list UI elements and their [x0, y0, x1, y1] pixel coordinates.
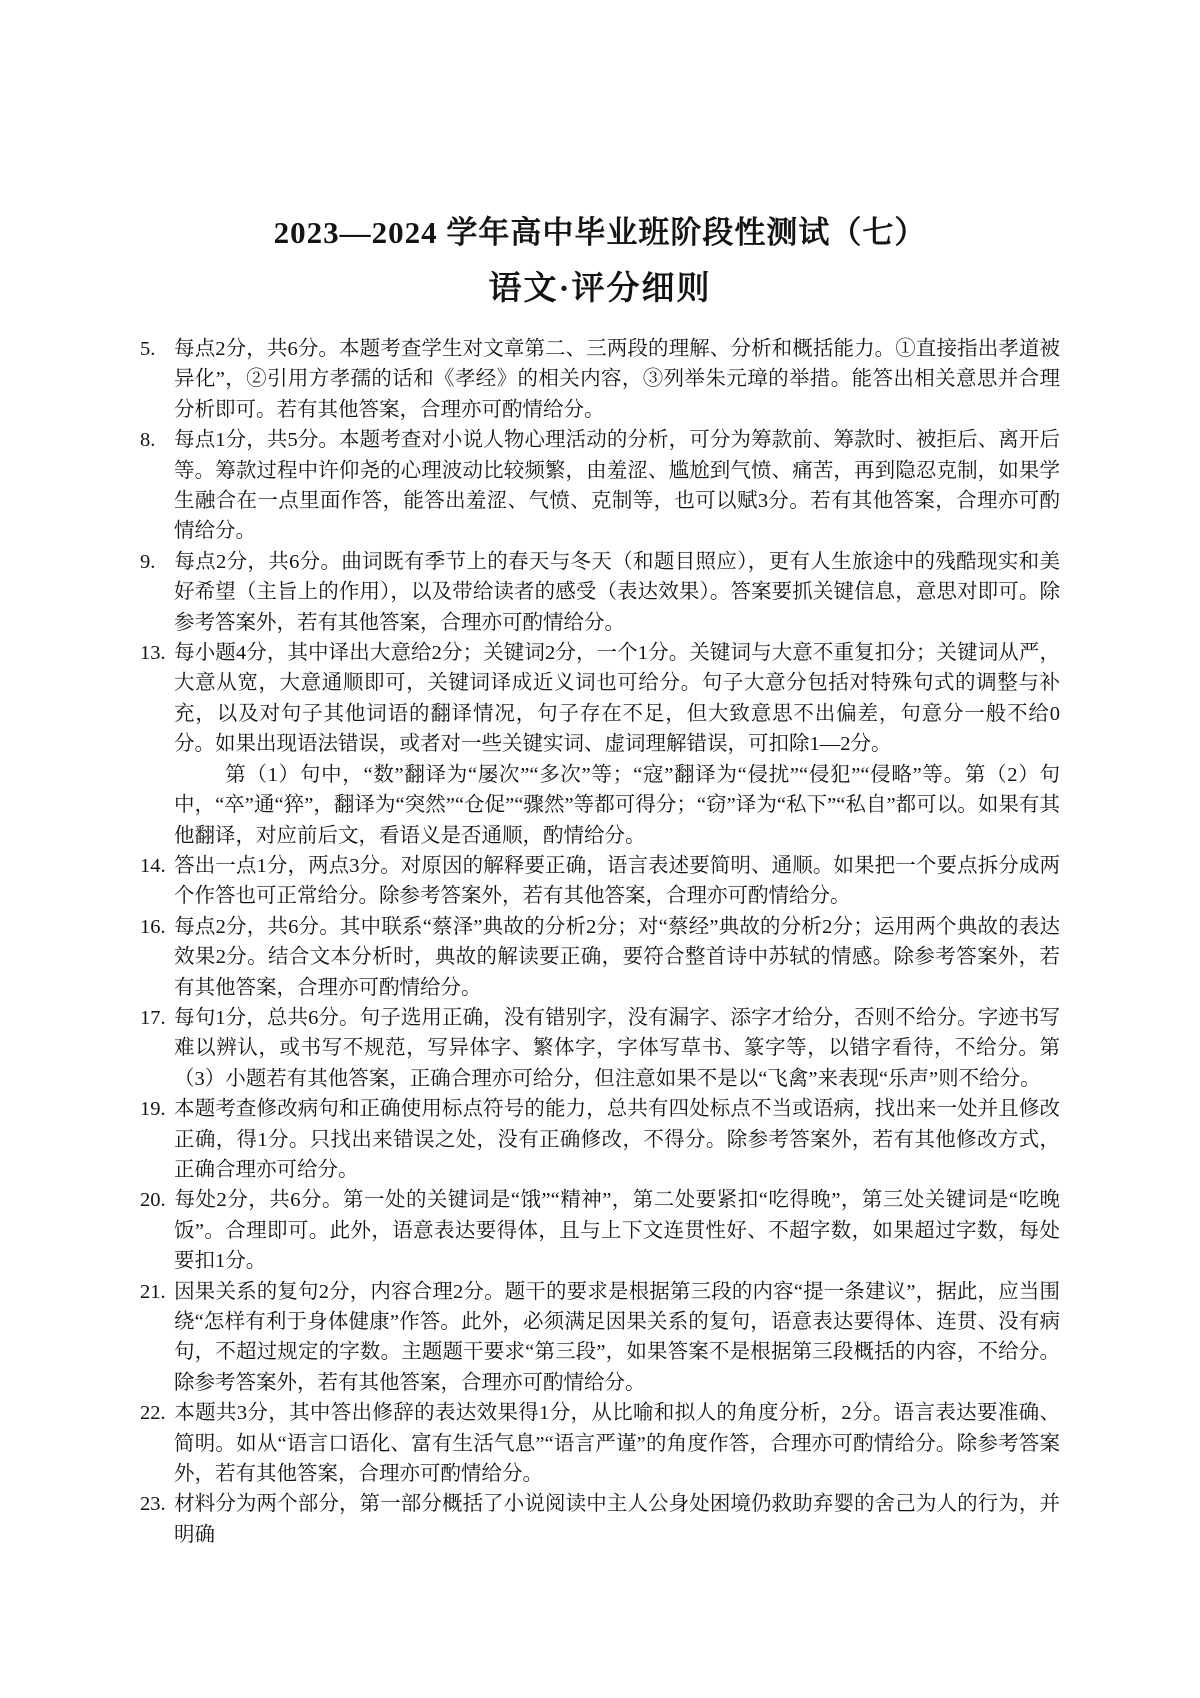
item-text: 每点2分，共6分。本题考查学生对文章第二、三两段的理解、分析和概括能力。①直接指… [174, 338, 1060, 421]
rubric-item-9: 9.每点2分，共6分。曲词既有季节上的春天与冬天（和题目照应），更有人生旅途中的… [140, 547, 1060, 638]
rubric-item-21: 21.因果关系的复句2分，内容合理2分。题干的要求是根据第三段的内容“提一条建议… [140, 1277, 1060, 1399]
rubric-item-14: 14.答出一点1分，两点3分。对原因的解释要正确，语言表述要简明、通顺。如果把一… [140, 851, 1060, 912]
rubric-item-13-note: 第（1）句中，“数”翻译为“屡次”“多次”等；“寇”翻译为“侵扰”“侵犯”“侵略… [140, 760, 1060, 851]
item-number: 14. [140, 851, 174, 881]
item-number: 21. [140, 1277, 174, 1307]
rubric-item-16: 16.每点2分，共6分。其中联系“蔡泽”典故的分析2分；对“蔡经”典故的分析2分… [140, 912, 1060, 1003]
document-page: 2023—2024 学年高中毕业班阶段性测试（七） 语文·评分细则 5.每点2分… [0, 0, 1200, 1698]
item-number: 19. [140, 1094, 174, 1124]
item-number: 16. [140, 912, 174, 942]
rubric-item-13: 13.每小题4分，其中译出大意给2分；关键词2分，一个1分。关键词与大意不重复扣… [140, 638, 1060, 760]
rubric-item-17: 17.每句1分，总共6分。句子选用正确，没有错别字，没有漏字、添字才给分，否则不… [140, 1003, 1060, 1094]
item-number: 23. [140, 1489, 174, 1519]
rubric-item-5: 5.每点2分，共6分。本题考查学生对文章第二、三两段的理解、分析和概括能力。①直… [140, 334, 1060, 425]
rubric-item-20: 20.每处2分，共6分。第一处的关键词是“饿”“精神”，第二处要紧扣“吃得晚”，… [140, 1185, 1060, 1276]
item-number: 5. [140, 334, 174, 364]
item-number: 13. [140, 638, 174, 668]
rubric-items: 5.每点2分，共6分。本题考查学生对文章第二、三两段的理解、分析和概括能力。①直… [140, 334, 1060, 1550]
item-text: 答出一点1分，两点3分。对原因的解释要正确，语言表述要简明、通顺。如果把一个要点… [174, 855, 1060, 907]
item-text: 每小题4分，其中译出大意给2分；关键词2分，一个1分。关键词与大意不重复扣分；关… [174, 642, 1060, 755]
item-number: 9. [140, 547, 174, 577]
rubric-item-23: 23.材料分为两个部分，第一部分概括了小说阅读中主人公身处困境仍救助弃婴的舍己为… [140, 1489, 1060, 1550]
item-number: 20. [140, 1185, 174, 1215]
item-text: 本题共3分，其中答出修辞的表达效果得1分，从比喻和拟人的角度分析，2分。语言表达… [174, 1402, 1060, 1485]
item-text: 每点1分，共5分。本题考查对小说人物心理活动的分析，可分为筹款前、筹款时、被拒后… [174, 429, 1060, 542]
rubric-item-22: 22.本题共3分，其中答出修辞的表达效果得1分，从比喻和拟人的角度分析，2分。语… [140, 1398, 1060, 1489]
item-text: 每点2分，共6分。曲词既有季节上的春天与冬天（和题目照应），更有人生旅途中的残酷… [174, 551, 1060, 634]
item-text: 每点2分，共6分。其中联系“蔡泽”典故的分析2分；对“蔡经”典故的分析2分；运用… [174, 916, 1060, 999]
item-text: 本题考查修改病句和正确使用标点符号的能力，总共有四处标点不当或语病，找出来一处并… [174, 1098, 1060, 1181]
item-text: 因果关系的复句2分，内容合理2分。题干的要求是根据第三段的内容“提一条建议”，据… [174, 1281, 1060, 1394]
item-number: 8. [140, 425, 174, 455]
rubric-item-19: 19.本题考查修改病句和正确使用标点符号的能力，总共有四处标点不当或语病，找出来… [140, 1094, 1060, 1185]
item-text: 每句1分，总共6分。句子选用正确，没有错别字，没有漏字、添字才给分，否则不给分。… [174, 1007, 1060, 1090]
rubric-item-8: 8.每点1分，共5分。本题考查对小说人物心理活动的分析，可分为筹款前、筹款时、被… [140, 425, 1060, 547]
item-text: 每处2分，共6分。第一处的关键词是“饿”“精神”，第二处要紧扣“吃得晚”，第三处… [174, 1189, 1060, 1272]
item-number: 22. [140, 1398, 174, 1428]
document-title: 2023—2024 学年高中毕业班阶段性测试（七） [140, 207, 1060, 252]
item-text: 材料分为两个部分，第一部分概括了小说阅读中主人公身处困境仍救助弃婴的舍己为人的行… [174, 1493, 1060, 1545]
document-subtitle: 语文·评分细则 [140, 262, 1060, 309]
item-number: 17. [140, 1003, 174, 1033]
